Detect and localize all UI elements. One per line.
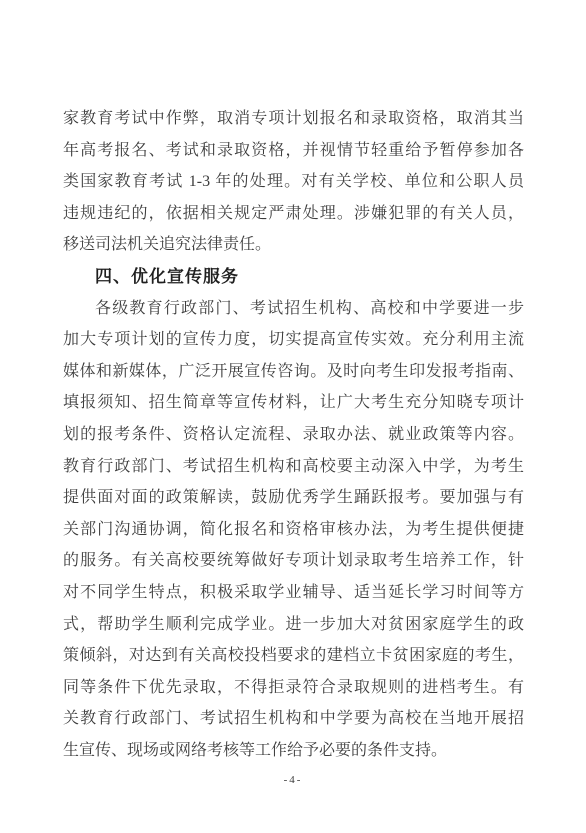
text-line: 移送司法机关追究法律责任。 bbox=[63, 229, 524, 261]
text-line: 各级教育行政部门、考试招生机构、高校和中学要进一步 bbox=[63, 293, 524, 325]
text-line: 式，帮助学生顺利完成学业。进一步加大对贫困家庭学生的政 bbox=[63, 609, 524, 641]
text-line: 类国家教育考试 1-3 年的处理。对有关学校、单位和公职人员 bbox=[63, 166, 524, 198]
text-line: 对不同学生特点，积极采取学业辅导、适当延长学习时间等方 bbox=[63, 577, 524, 609]
text-line: 加大专项计划的宣传力度，切实提高宣传实效。充分利用主流 bbox=[63, 324, 524, 356]
text-line: 填报须知、招生简章等宣传材料，让广大考生充分知晓专项计 bbox=[63, 387, 524, 419]
text-line: 策倾斜，对达到有关高校投档要求的建档立卡贫困家庭的考生， bbox=[63, 640, 524, 672]
text-line: 划的报考条件、资格认定流程、录取办法、就业政策等内容。 bbox=[63, 419, 524, 451]
text-line: 违规违纪的，依据相关规定严肃处理。涉嫌犯罪的有关人员， bbox=[63, 198, 524, 230]
text-line: 生宣传、现场或网络考核等工作给予必要的条件支持。 bbox=[63, 735, 524, 767]
text-line: 关部门沟通协调，简化报名和资格审核办法，为考生提供便捷 bbox=[63, 514, 524, 546]
text-line: 的服务。有关高校要统筹做好专项计划录取考生培养工作，针 bbox=[63, 545, 524, 577]
section-heading: 四、优化宣传服务 bbox=[63, 261, 524, 293]
text-line: 媒体和新媒体，广泛开展宣传咨询。及时向考生印发报考指南、 bbox=[63, 356, 524, 388]
body-text: 家教育考试中作弊，取消专项计划报名和录取资格，取消其当年高考报名、考试和录取资格… bbox=[63, 103, 524, 766]
text-line: 同等条件下优先录取，不得拒录符合录取规则的进档考生。有 bbox=[63, 672, 524, 704]
text-line: 关教育行政部门、考试招生机构和中学要为高校在当地开展招 bbox=[63, 703, 524, 735]
paragraph-continuation: 家教育考试中作弊，取消专项计划报名和录取资格，取消其当年高考报名、考试和录取资格… bbox=[63, 103, 524, 261]
page-number: -4- bbox=[0, 774, 586, 786]
text-line: 教育行政部门、考试招生机构和高校要主动深入中学，为考生 bbox=[63, 451, 524, 483]
text-line: 年高考报名、考试和录取资格，并视情节轻重给予暂停参加各 bbox=[63, 135, 524, 167]
text-line: 提供面对面的政策解读，鼓励优秀学生踊跃报考。要加强与有 bbox=[63, 482, 524, 514]
text-line: 家教育考试中作弊，取消专项计划报名和录取资格，取消其当 bbox=[63, 103, 524, 135]
paragraph-section-four: 各级教育行政部门、考试招生机构、高校和中学要进一步加大专项计划的宣传力度，切实提… bbox=[63, 293, 524, 767]
document-page: 家教育考试中作弊，取消专项计划报名和录取资格，取消其当年高考报名、考试和录取资格… bbox=[0, 0, 586, 833]
